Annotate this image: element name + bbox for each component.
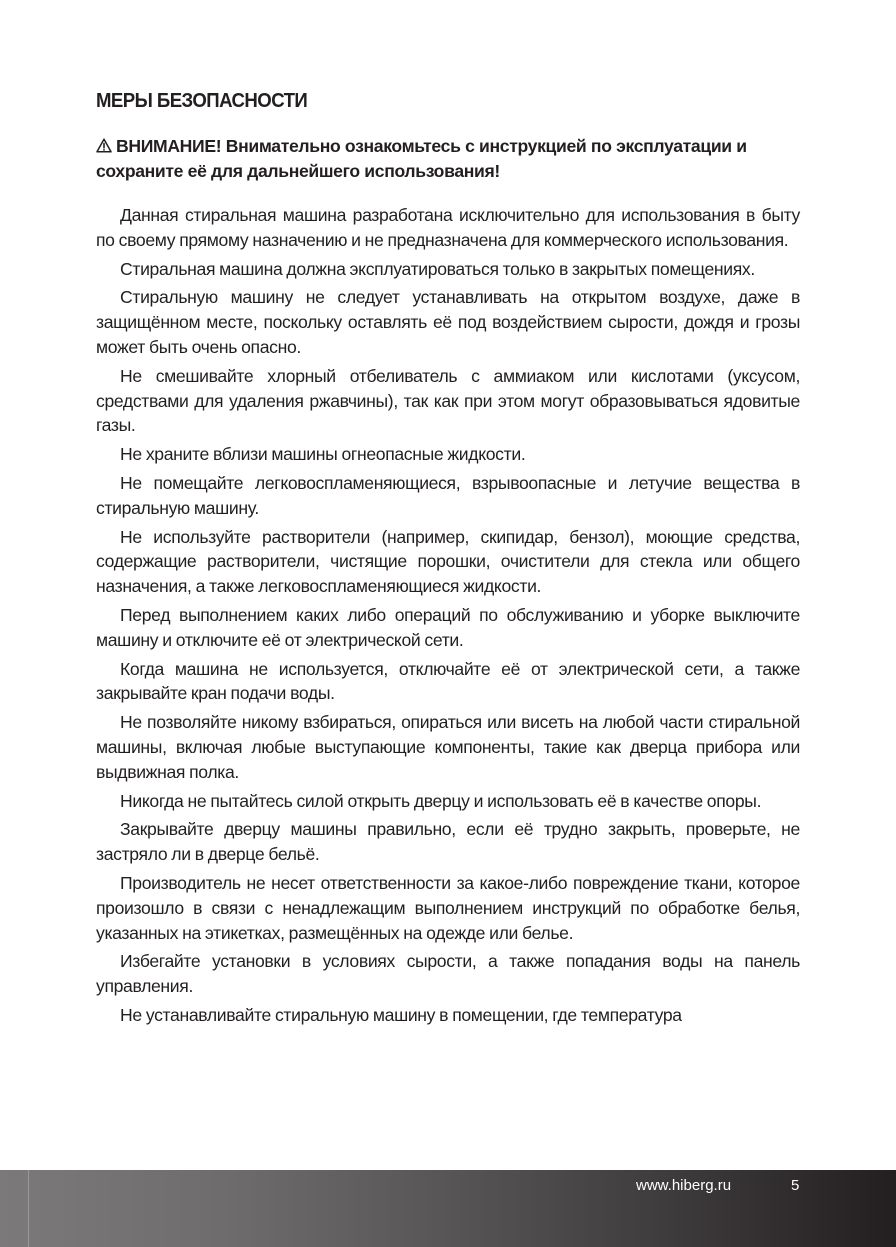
paragraph-close-door: Закрывайте дверцу машины правильно, если… [96, 817, 800, 867]
paragraph-no-solvents: Не используйте растворители (например, с… [96, 525, 800, 599]
footer-divider [28, 1170, 29, 1247]
paragraph-no-flammable-load: Не помещайте легковоспламеняющиеся, взры… [96, 471, 800, 521]
paragraph-temperature: Не устанавливайте стиральную машину в по… [96, 1003, 800, 1028]
page-title: МЕРЫ БЕЗОПАСНОСТИ [96, 88, 751, 114]
footer-website: www.hiberg.ru [636, 1177, 731, 1195]
page-footer: www.hiberg.ru 5 [0, 1170, 896, 1247]
warning-text: ВНИМАНИЕ! Внимательно ознакомьтесь с инс… [96, 136, 747, 181]
page-number: 5 [791, 1177, 799, 1195]
warning-triangle-icon [96, 138, 112, 153]
paragraph-no-climbing: Не позволяйте никому взбираться, опирать… [96, 710, 800, 784]
paragraph-unplug-when-idle: Когда машина не используется, отключайте… [96, 657, 800, 707]
paragraph-no-outdoor: Стиральную машину не следует устанавлива… [96, 285, 800, 359]
page-content: МЕРЫ БЕЗОПАСНОСТИ ВНИМАНИЕ! Внимательно … [96, 88, 800, 1032]
paragraph-indoor-only: Стиральная машина должна эксплуатировать… [96, 257, 800, 282]
paragraph-no-flammable-storage: Не храните вблизи машины огнеопасные жид… [96, 442, 800, 467]
warning-notice: ВНИМАНИЕ! Внимательно ознакомьтесь с инс… [96, 134, 800, 184]
paragraph-no-forcing-door: Никогда не пытайтесь силой открыть дверц… [96, 789, 800, 814]
paragraph-avoid-moisture: Избегайте установки в условиях сырости, … [96, 949, 800, 999]
paragraph-domestic-use: Данная стиральная машина разработана иск… [96, 203, 800, 253]
paragraph-unplug-before-service: Перед выполнением каких либо операций по… [96, 603, 800, 653]
paragraph-no-chlorine-mix: Не смешивайте хлорный отбеливатель с амм… [96, 364, 800, 438]
paragraph-liability: Производитель не несет ответственности з… [96, 871, 800, 945]
